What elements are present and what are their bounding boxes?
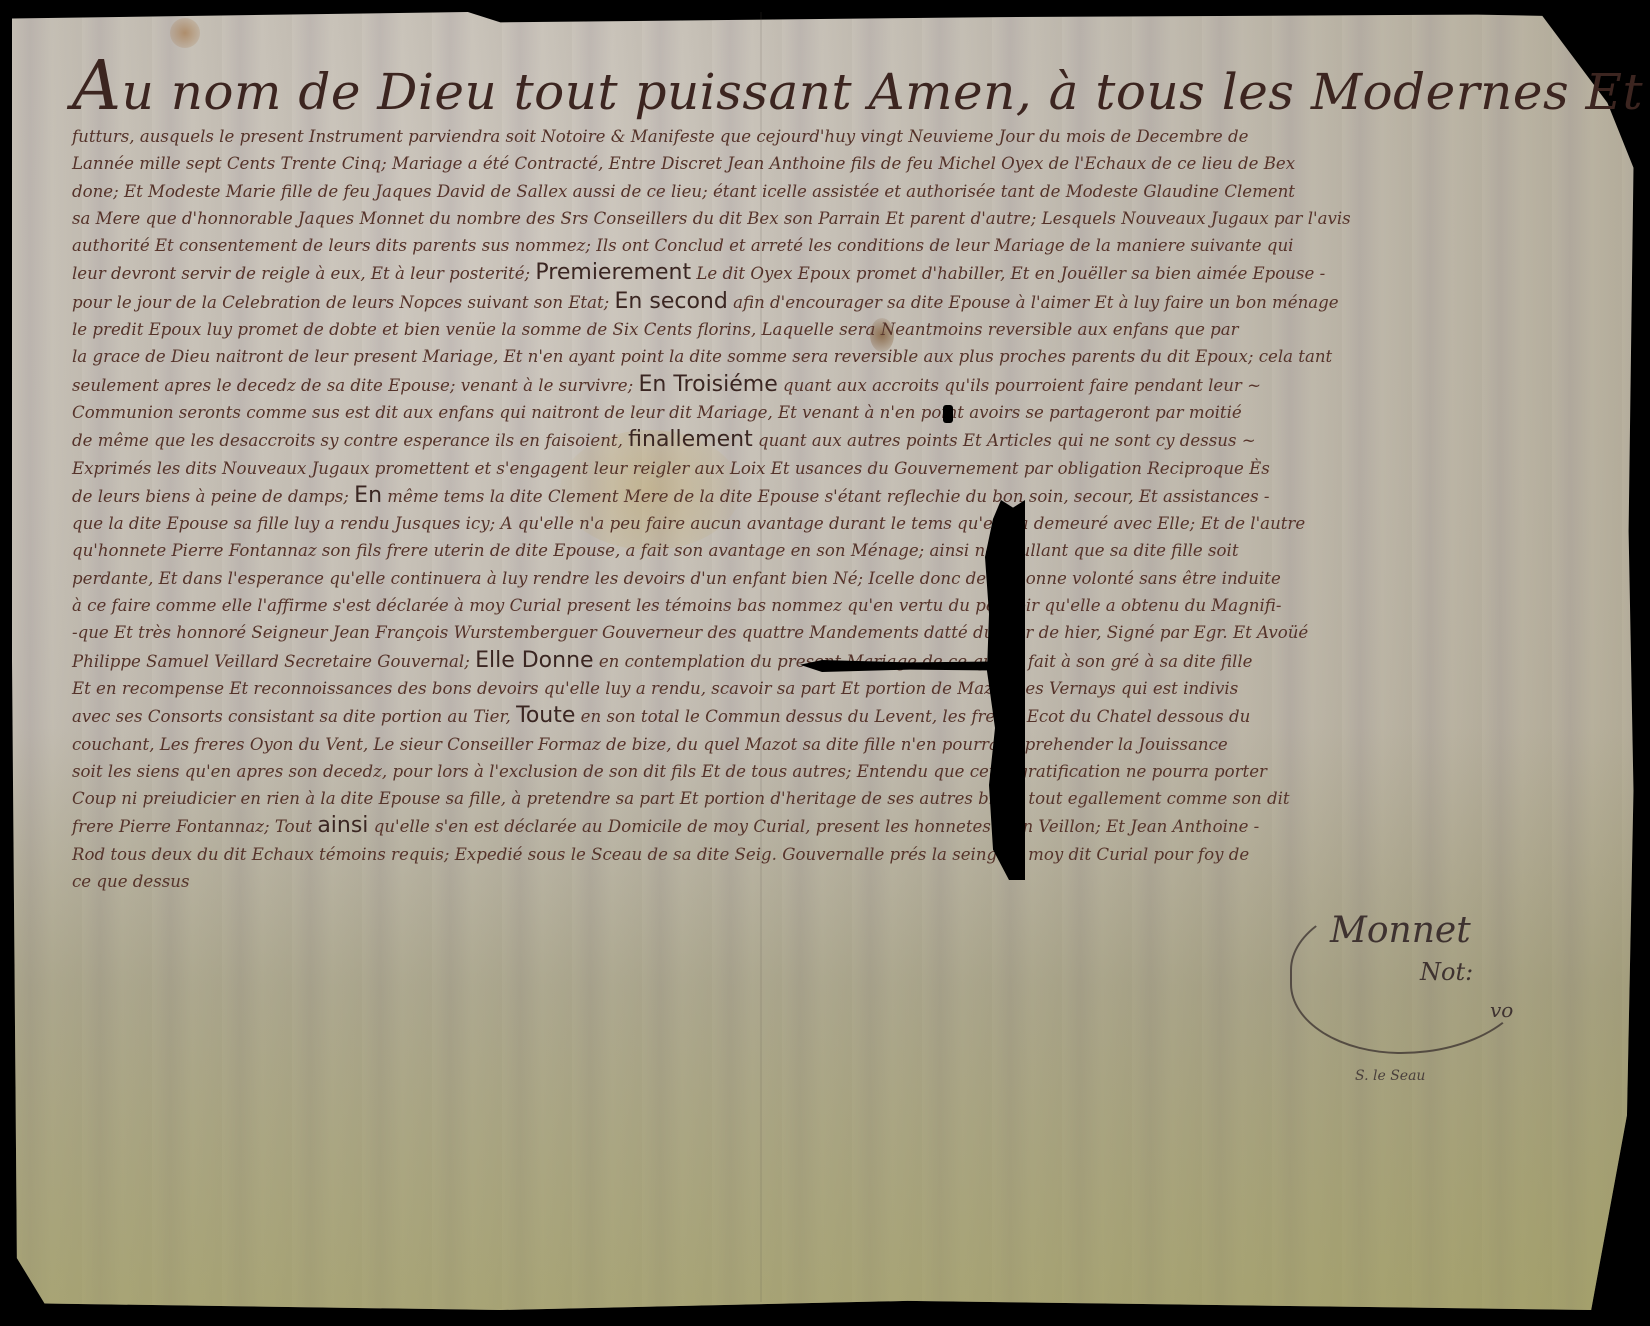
text-line: le predit Epoux luy promet de dobte et b… — [72, 316, 1632, 343]
text-line: couchant, Les freres Oyon du Vent, Le si… — [72, 731, 1632, 758]
text-line: Coup ni preiudicier en rien à la dite Ep… — [72, 785, 1632, 812]
text-line: pour le jour de la Celebration de leurs … — [72, 288, 1632, 316]
signature-title: Not: — [1420, 958, 1473, 986]
text-line: authorité Et consentement de leurs dits … — [72, 232, 1632, 259]
section-ainsi: ainsi — [317, 813, 368, 838]
manuscript-text: Au nom de Dieu tout puissant Amen, à tou… — [72, 56, 1632, 895]
notary-signature: Monnet Not: vo — [1290, 900, 1550, 1090]
text-line: ce que dessus — [72, 868, 1632, 895]
text-line: futturs, ausquels le present Instrument … — [72, 123, 1632, 150]
small-hole — [943, 405, 953, 423]
text-line: sa Mere que d'honnorable Jaques Monnet d… — [72, 205, 1632, 232]
text-line: -que Et très honnoré Seigneur Jean Franç… — [72, 619, 1632, 646]
text-line: leur devront servir de reigle à eux, Et … — [72, 259, 1632, 287]
decorated-initial: A — [72, 47, 122, 126]
section-premierement: Premierement — [535, 260, 691, 285]
seal-note: S. le Seau — [1355, 1068, 1425, 1084]
text-line: de leurs biens à peine de damps; En même… — [72, 482, 1632, 510]
text-line: à ce faire comme elle l'affirme s'est dé… — [72, 592, 1632, 619]
signature-paraph: vo — [1490, 998, 1513, 1022]
text-line: de même que les desaccroits sy contre es… — [72, 426, 1632, 454]
text-line: qu'honnete Pierre Fontannaz son fils fre… — [72, 537, 1632, 564]
section-en-second: En second — [615, 289, 728, 314]
section-en-troisieme: En Troisiéme — [639, 372, 778, 397]
text-line: done; Et Modeste Marie fille de feu Jaqu… — [72, 178, 1632, 205]
text-line: avec ses Consorts consistant sa dite por… — [72, 702, 1632, 730]
signature-name: Monnet — [1330, 910, 1471, 951]
text-line: Communion seronts comme sus est dit aux … — [72, 399, 1632, 426]
section-en-meme-tems: En — [354, 483, 382, 508]
text-line: perdante, Et dans l'esperance qu'elle co… — [72, 565, 1632, 592]
stain — [170, 18, 200, 48]
text-line: seulement apres le decedz de sa dite Epo… — [72, 371, 1632, 399]
text-line: que la dite Epouse sa fille luy a rendu … — [72, 510, 1632, 537]
section-finallement: finallement — [628, 427, 753, 452]
text-line: Rod tous deux du dit Echaux témoins requ… — [72, 841, 1632, 868]
invocation-heading: Au nom de Dieu tout puissant Amen, à tou… — [72, 56, 1632, 123]
text-line: Exprimés les dits Nouveaux Jugaux promet… — [72, 455, 1632, 482]
section-elle-donne: Elle Donne — [475, 648, 593, 673]
text-line: frere Pierre Fontannaz; Tout ainsi qu'el… — [72, 812, 1632, 840]
text-line: Et en recompense Et reconnoissances des … — [72, 675, 1632, 702]
text-line: Lannée mille sept Cents Trente Cinq; Mar… — [72, 150, 1632, 177]
text-line: la grace de Dieu naitront de leur presen… — [72, 343, 1632, 370]
section-toute: Toute — [516, 703, 575, 728]
text-line: soit les siens qu'en apres son decedz, p… — [72, 758, 1632, 785]
